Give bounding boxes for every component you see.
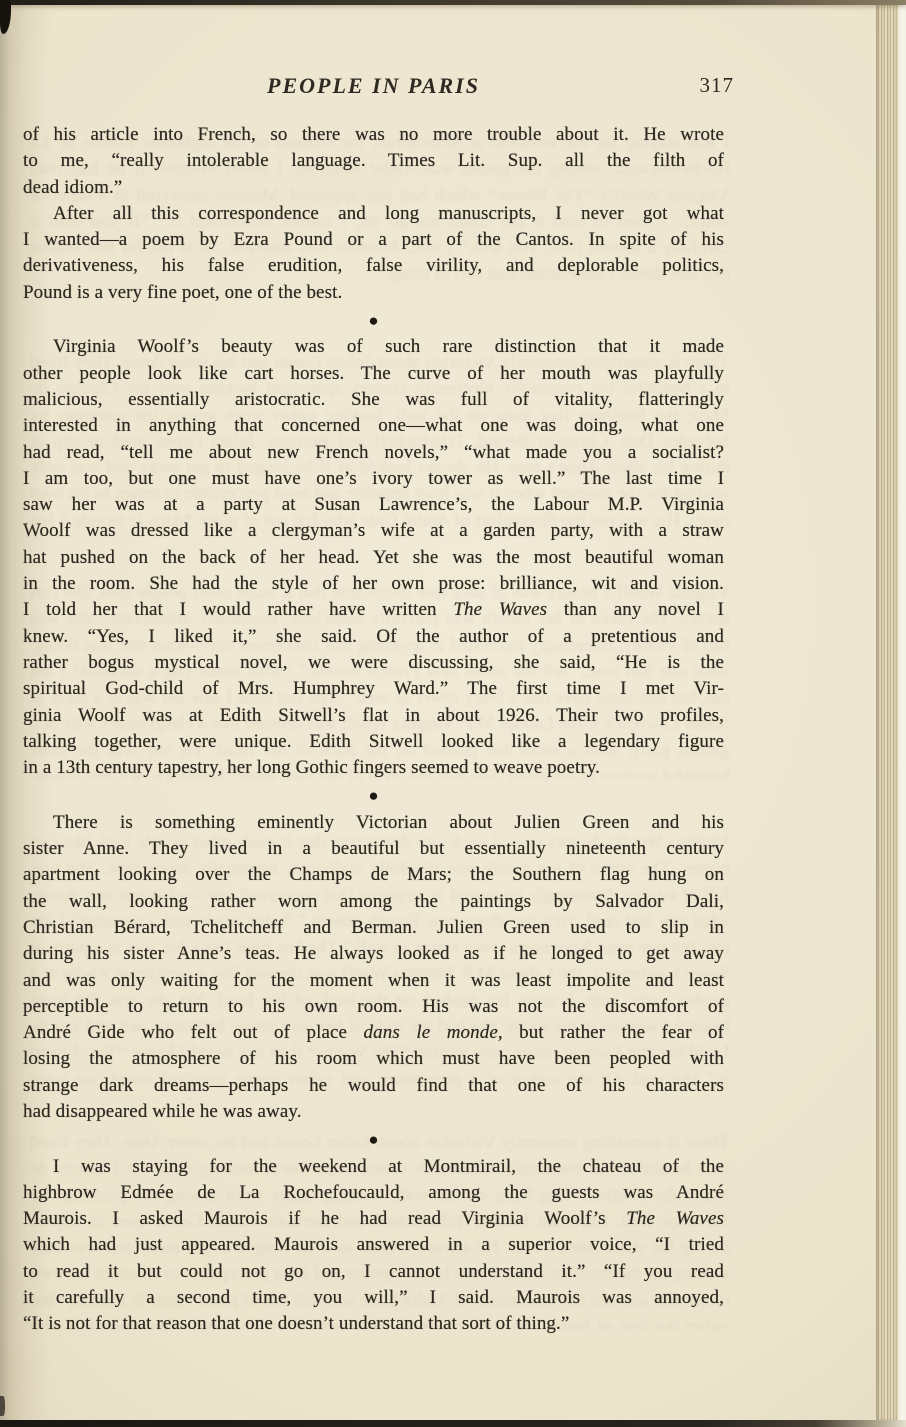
paragraph: of his article into French, so there was… [23,122,724,201]
text-line: rather bogus mystical novel, we were dis… [23,650,724,676]
text-line: sister Anne. They lived in a beautiful b… [23,836,724,862]
text-line: to read it but could not go on, I cannot… [23,1259,724,1285]
corner-ink-mark [0,0,11,34]
page-fore-edge [876,4,898,1421]
text-line: in a 13th century tapestry, her long Got… [23,755,724,781]
section-separator: ● [23,307,724,333]
text-line: I am too, but one must have one’s ivory … [23,466,724,492]
text-line: Maurois. I asked Maurois if he had read … [23,1206,724,1232]
separator-dot-icon: ● [368,312,378,329]
text-line: other people look like cart horses. The … [23,361,724,387]
bottom-edge-shadow [0,1420,906,1427]
text-line: After all this correspondence and long m… [23,201,724,227]
paragraph: There is something eminently Victorian a… [23,810,724,1126]
text-line: I wanted—a poem by Ezra Pound or a part … [23,227,724,253]
text-line: “It is not for that reason that one does… [23,1311,724,1337]
text-line: derivativeness, his false erudition, fal… [23,253,724,279]
running-head-title: PEOPLE IN PARIS [23,73,724,99]
left-edge-mark [0,1396,5,1416]
text-line: malicious, essentially aristocratic. She… [23,387,724,413]
text-line: apartment looking over the Champs de Mar… [23,862,724,888]
text-line: Woolf was dressed like a clergyman’s wif… [23,518,724,544]
top-edge-shadow [0,0,906,5]
text-line: spiritual God-child of Mrs. Humphrey War… [23,676,724,702]
text-line: losing the atmosphere of his room which … [23,1046,724,1072]
text-line: perceptible to return to his own room. H… [23,994,724,1020]
section-separator: ● [23,782,724,808]
page-number: 317 [700,73,735,98]
text-line: dead idiom.” [23,175,724,201]
text-line: during his sister Anne’s teas. He always… [23,941,724,967]
text-line: the wall, looking rather worn among the … [23,889,724,915]
text-line: of his article into French, so there was… [23,122,724,148]
text-line: in the room. She had the style of her ow… [23,571,724,597]
text-line: Christian Bérard, Tchelitcheff and Berma… [23,915,724,941]
scanner-background-strip [898,0,906,1427]
text-line: strange dark dreams—perhaps he would fin… [23,1073,724,1099]
text-line: saw her was at a party at Susan Lawrence… [23,492,724,518]
section-separator: ● [23,1126,724,1152]
separator-dot-icon: ● [368,1131,378,1148]
text-line: had disappeared while he was away. [23,1099,724,1125]
paragraph: Virginia Woolf’s beauty was of such rare… [23,334,724,781]
text-line: and was only waiting for the moment when… [23,968,724,994]
text-line: highbrow Edmée de La Rochefoucauld, amon… [23,1180,724,1206]
text-line: it carefully a second time, you will,” I… [23,1285,724,1311]
text-line: André Gide who felt out of place dans le… [23,1020,724,1046]
text-line: to me, “really intolerable language. Tim… [23,148,724,174]
book-page-scan: I was staying for the weekend at Montmir… [0,0,906,1427]
text-line: talking together, were unique. Edith Sit… [23,729,724,755]
text-line: hat pushed on the back of her head. Yet … [23,545,724,571]
paragraph: After all this correspondence and long m… [23,201,724,306]
body-text: of his article into French, so there was… [23,122,724,1338]
page-content: PEOPLE IN PARIS 317 of his article into … [23,0,724,1338]
text-line: which had just appeared. Maurois answere… [23,1232,724,1258]
text-line: There is something eminently Victorian a… [23,810,724,836]
running-head: PEOPLE IN PARIS 317 [23,73,724,102]
paragraph: I was staying for the weekend at Montmir… [23,1154,724,1338]
text-line: interested in anything that concerned on… [23,413,724,439]
text-line: had read, “tell me about new French nove… [23,440,724,466]
text-line: knew. “Yes, I liked it,” she said. Of th… [23,624,724,650]
text-line: Pound is a very fine poet, one of the be… [23,280,724,306]
text-line: I was staying for the weekend at Montmir… [23,1154,724,1180]
separator-dot-icon: ● [368,787,378,804]
text-line: Virginia Woolf’s beauty was of such rare… [23,334,724,360]
text-line: ginia Woolf was at Edith Sitwell’s flat … [23,703,724,729]
text-line: I told her that I would rather have writ… [23,597,724,623]
